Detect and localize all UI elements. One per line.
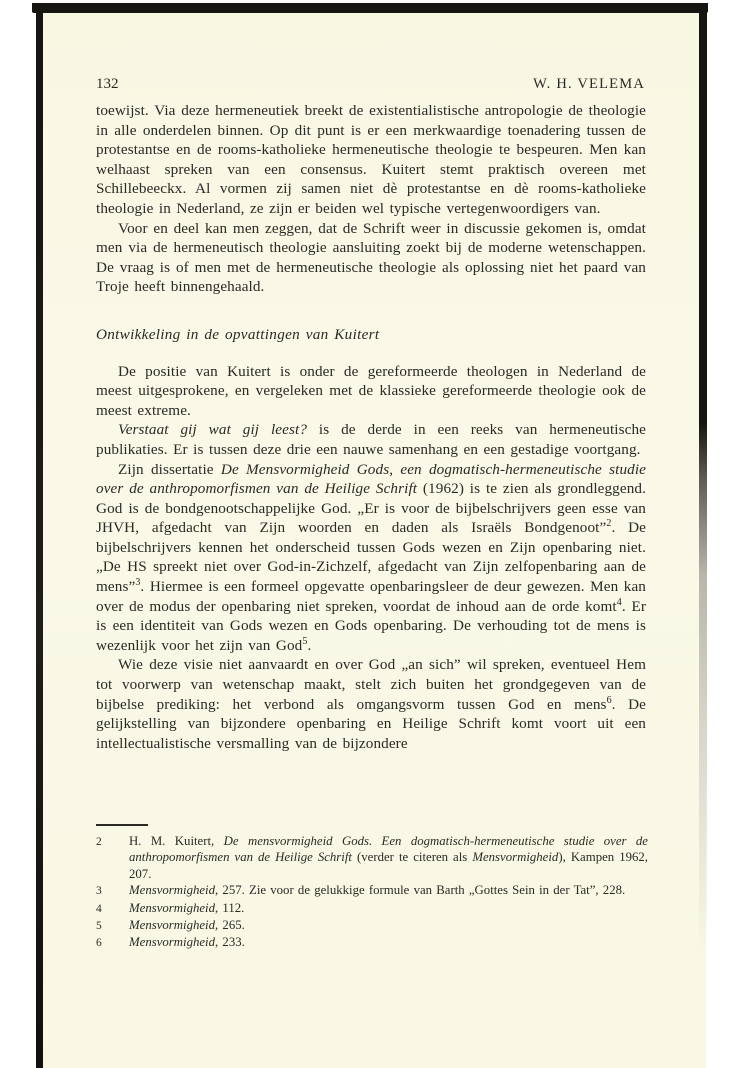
scan-border-right	[699, 5, 707, 955]
footnote-number: 6	[96, 934, 129, 951]
footnote-rule	[96, 824, 148, 826]
body-text: toewijst. Via deze hermeneutiek breekt d…	[96, 101, 646, 753]
text-segment: Zijn dissertatie	[118, 461, 221, 478]
text-segment: Mensvormigheid	[129, 918, 215, 932]
section-heading: Ontwikkeling in de opvattingen van Kuite…	[96, 325, 646, 345]
footnote-text: H. M. Kuitert, De mensvormigheid Gods. E…	[129, 833, 648, 882]
text-segment: .	[307, 637, 311, 654]
footnote-number: 2	[96, 833, 129, 850]
footnotes-section: 2H. M. Kuitert, De mensvormigheid Gods. …	[96, 824, 648, 952]
page-number: 132	[96, 76, 119, 93]
text-segment: toewijst. Via deze hermeneutiek breekt d…	[96, 102, 646, 217]
scan-border-top	[32, 3, 708, 13]
text-segment: Mensvormigheid	[129, 901, 215, 915]
paragraph: Zijn dissertatie De Mensvormigheid Gods,…	[96, 460, 646, 656]
text-segment: H. M. Kuitert,	[129, 834, 224, 848]
scan-border-left	[36, 8, 43, 1068]
text-segment: (verder te citeren als	[352, 850, 472, 864]
text-segment: , 257. Zie voor de gelukkige formule van…	[215, 883, 625, 897]
paragraph: Wie deze visie niet aanvaardt en over Go…	[96, 655, 646, 753]
paragraph: Voor en deel kan men zeggen, dat de Schr…	[96, 219, 646, 297]
text-segment: , 233.	[215, 935, 245, 949]
footnote: 6Mensvormigheid, 233.	[96, 934, 648, 951]
text-segment: Mensvormigheid	[129, 883, 215, 897]
footnote-number: 3	[96, 882, 129, 899]
footnote-text: Mensvormigheid, 233.	[129, 934, 648, 950]
footnote: 3Mensvormigheid, 257. Zie voor de gelukk…	[96, 882, 648, 899]
text-segment: . Hiermee is een formeel opgevatte openb…	[96, 578, 646, 615]
scanned-book-page: 132 W. H. VELEMA toewijst. Via deze herm…	[0, 0, 738, 1068]
footnote: 2H. M. Kuitert, De mensvormigheid Gods. …	[96, 833, 648, 882]
paragraph: toewijst. Via deze hermeneutiek breekt d…	[96, 101, 646, 219]
text-segment: De positie van Kuitert is onder de geref…	[96, 363, 646, 419]
text-segment: Verstaat gij wat gij leest?	[118, 421, 307, 438]
footnote-list: 2H. M. Kuitert, De mensvormigheid Gods. …	[96, 833, 648, 952]
footnote-text: Mensvormigheid, 257. Zie voor de gelukki…	[129, 882, 648, 898]
text-segment: , 265.	[215, 918, 245, 932]
footnote-number: 5	[96, 917, 129, 934]
paragraph: De positie van Kuitert is onder de geref…	[96, 362, 646, 421]
footnote: 5Mensvormigheid, 265.	[96, 917, 648, 934]
paragraph: Verstaat gij wat gij leest? is de derde …	[96, 420, 646, 459]
running-head: W. H. VELEMA	[533, 76, 645, 93]
footnote-text: Mensvormigheid, 112.	[129, 900, 648, 916]
text-segment: Voor en deel kan men zeggen, dat de Schr…	[96, 220, 646, 296]
text-segment: Ontwikkeling in de opvattingen van Kuite…	[96, 326, 379, 343]
footnote-number: 4	[96, 900, 129, 917]
text-segment: Wie deze visie niet aanvaardt en over Go…	[96, 656, 646, 712]
text-segment: , 112.	[215, 901, 244, 915]
page-header: 132 W. H. VELEMA	[96, 76, 645, 93]
footnote-text: Mensvormigheid, 265.	[129, 917, 648, 933]
text-segment: Mensvormigheid	[129, 935, 215, 949]
footnote: 4Mensvormigheid, 112.	[96, 900, 648, 917]
text-segment: Mensvormigheid	[472, 850, 558, 864]
